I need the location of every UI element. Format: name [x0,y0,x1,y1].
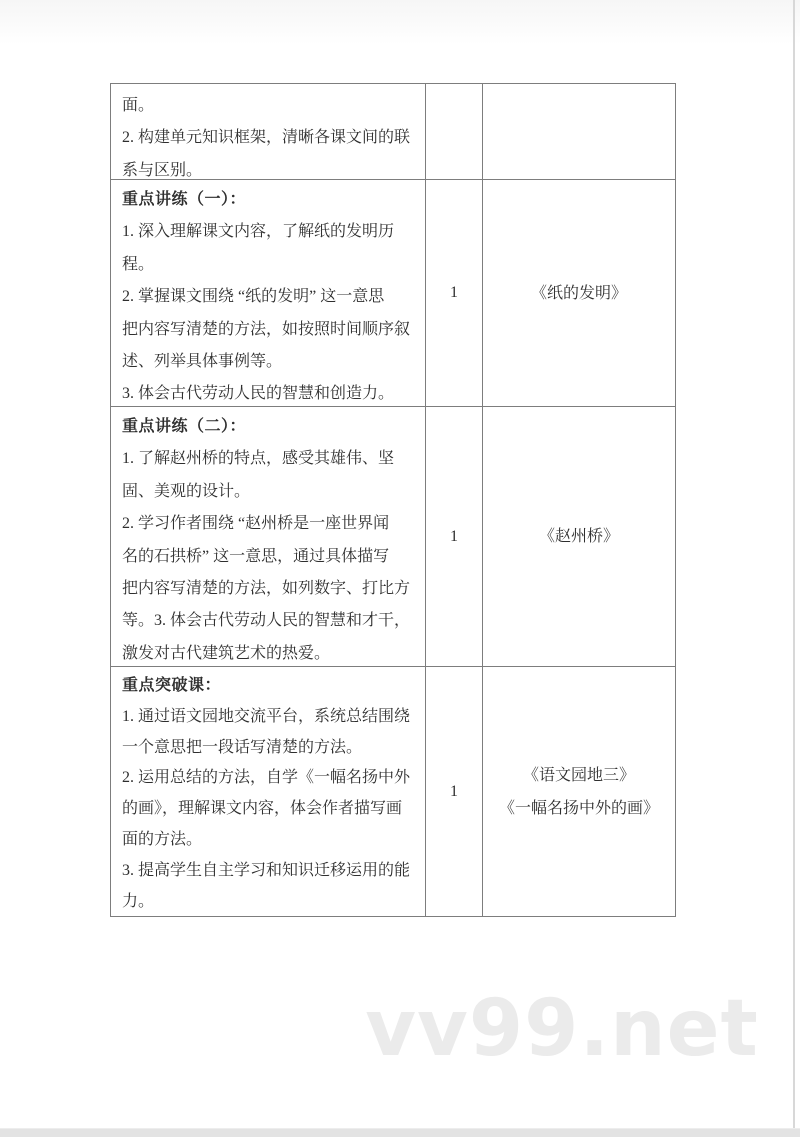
objective-line: 系与区别。 [122,155,417,179]
table-row: 面。2. 构建单元知识框架，清晰各课文间的联系与区别。 [111,84,675,179]
objective-line: 程。 [122,249,417,281]
objective-line: 一个意思把一段话写清楚的方法。 [122,733,417,764]
objective-line: 把内容写清楚的方法，如列数字、打比方 [122,573,417,605]
objective-line: 2. 运用总结的方法，自学《一幅名扬中外 [122,763,417,794]
page-edge-divider [793,0,795,1130]
objective-line: 2. 掌握课文围绕 “纸的发明” 这一意思 [122,281,417,313]
objective-line: 名的石拱桥” 这一意思，通过具体描写 [122,541,417,573]
objective-line: 述、列举具体事例等。 [122,346,417,378]
watermark-text: vv99.net [352,984,772,1074]
hours-cell [425,84,482,179]
objectives-cell: 重点讲练（二）：1. 了解赵州桥的特点，感受其雄伟、坚固、美观的设计。2. 学习… [111,407,425,666]
objective-line: 2. 构建单元知识框架，清晰各课文间的联 [122,122,417,154]
hours-cell: 1 [425,407,482,666]
objective-line: 1. 深入理解课文内容，了解纸的发明历 [122,216,417,248]
lesson-title: 《一幅名扬中外的画》 [499,792,659,825]
lesson-title-cell: 《纸的发明》 [482,180,675,406]
objective-line: 1. 通过语文园地交流平台，系统总结围绕 [122,702,417,733]
hours-cell: 1 [425,180,482,406]
objective-line: 3. 体会古代劳动人民的智慧和创造力。 [122,378,417,406]
table-row: 重点突破课：1. 通过语文园地交流平台，系统总结围绕一个意思把一段话写清楚的方法… [111,666,675,916]
row-heading: 重点突破课： [122,671,417,702]
row-heading: 重点讲练（一）： [122,184,417,216]
lesson-title: 《纸的发明》 [531,277,627,310]
lesson-title-cell [482,84,675,179]
objectives-cell: 重点讲练（一）：1. 深入理解课文内容，了解纸的发明历程。2. 掌握课文围绕 “… [111,180,425,406]
objective-line: 的画》，理解课文内容，体会作者描写画 [122,794,417,825]
lesson-title-cell: 《语文园地三》《一幅名扬中外的画》 [482,667,675,916]
objectives-cell: 重点突破课：1. 通过语文园地交流平台，系统总结围绕一个意思把一段话写清楚的方法… [111,667,425,916]
objective-line: 把内容写清楚的方法，如按照时间顺序叙 [122,314,417,346]
objective-line: 面的方法。 [122,825,417,856]
objective-line: 固、美观的设计。 [122,476,417,508]
objective-line: 1. 了解赵州桥的特点，感受其雄伟、坚 [122,443,417,475]
objective-line: 面。 [122,90,417,122]
objectives-cell: 面。2. 构建单元知识框架，清晰各课文间的联系与区别。 [111,84,425,179]
table-row: 重点讲练（二）：1. 了解赵州桥的特点，感受其雄伟、坚固、美观的设计。2. 学习… [111,406,675,666]
hours-cell: 1 [425,667,482,916]
lesson-title-cell: 《赵州桥》 [482,407,675,666]
document-page: 面。2. 构建单元知识框架，清晰各课文间的联系与区别。重点讲练（一）：1. 深入… [0,0,800,1137]
objective-line: 2. 学习作者围绕 “赵州桥是一座世界闻 [122,508,417,540]
table-row: 重点讲练（一）：1. 深入理解课文内容，了解纸的发明历程。2. 掌握课文围绕 “… [111,179,675,406]
bottom-edge-band [0,1128,800,1137]
row-heading: 重点讲练（二）： [122,411,417,443]
objective-line: 激发对古代建筑艺术的热爱。 [122,638,417,666]
lesson-title: 《语文园地三》 [523,759,635,792]
objective-line: 3. 提高学生自主学习和知识迁移运用的能 [122,856,417,887]
objective-line: 等。3. 体会古代劳动人民的智慧和才干， [122,605,417,637]
lesson-plan-table: 面。2. 构建单元知识框架，清晰各课文间的联系与区别。重点讲练（一）：1. 深入… [110,83,676,917]
objective-line: 力。 [122,887,417,916]
lesson-title: 《赵州桥》 [539,520,619,553]
